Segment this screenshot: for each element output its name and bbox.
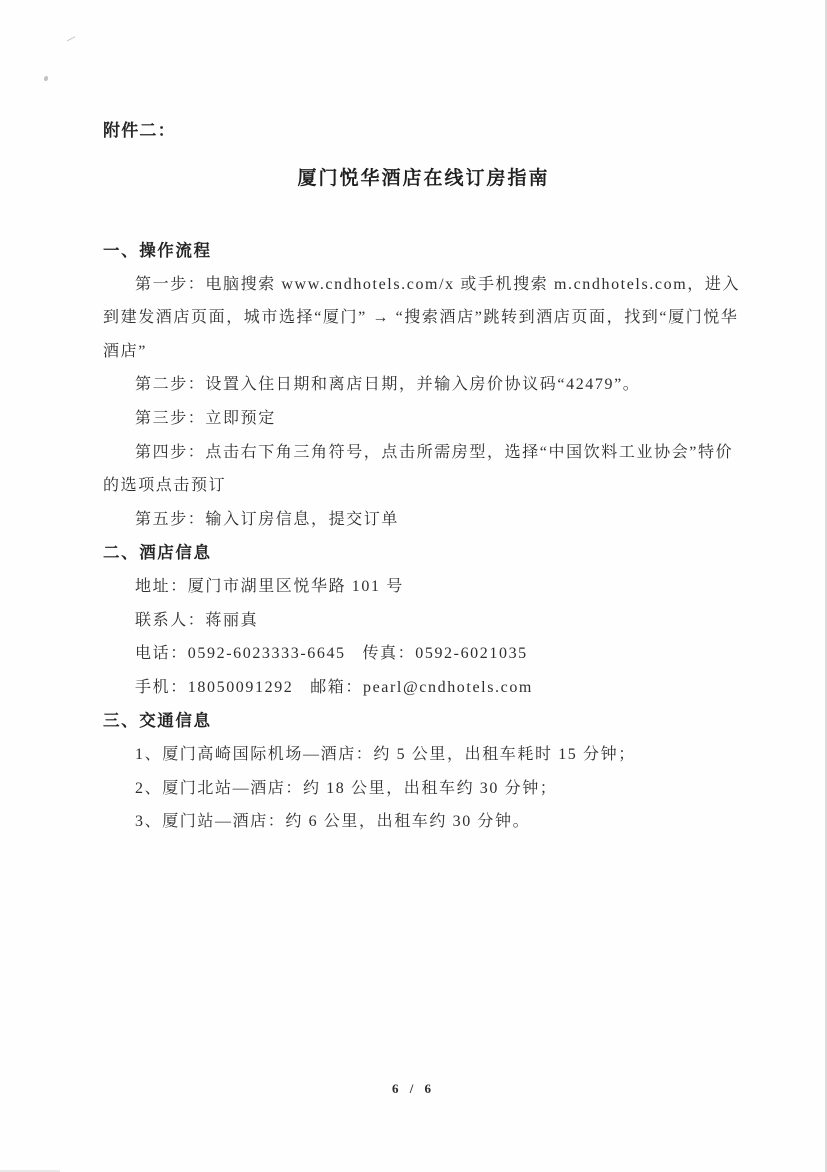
- page-number: 6 / 6: [0, 1081, 827, 1097]
- operation-step-4: 第四步：点击右下角三角符号，点击所需房型，选择“中国饮料工业协会”特价的选项点击…: [103, 436, 744, 503]
- scanned-document-page: 附件二： 厦门悦华酒店在线订房指南 一、操作流程 第一步：电脑搜索 www.cn…: [0, 0, 827, 1172]
- scan-speck-artifact: [44, 76, 48, 81]
- document-body: 一、操作流程 第一步：电脑搜索 www.cndhotels.com/x 或手机搜…: [103, 234, 744, 839]
- hotel-mobile-email-line: 手机：18050091292 邮箱：pearl@cndhotels.com: [103, 671, 744, 705]
- section-heading-operation-flow: 一、操作流程: [103, 234, 744, 268]
- document-title: 厦门悦华酒店在线订房指南: [103, 163, 744, 190]
- operation-step-5: 第五步：输入订房信息，提交订单: [103, 503, 744, 537]
- section-heading-traffic-info: 三、交通信息: [103, 704, 744, 738]
- section-heading-hotel-info: 二、酒店信息: [103, 536, 744, 570]
- traffic-item-airport: 1、厦门高崎国际机场—酒店：约 5 公里，出租车耗时 15 分钟；: [103, 738, 744, 772]
- operation-step-3: 第三步：立即预定: [103, 402, 744, 436]
- operation-step-2: 第二步：设置入住日期和离店日期，并输入房价协议码“42479”。: [103, 368, 744, 402]
- hotel-contact-line: 联系人：蒋丽真: [103, 604, 744, 638]
- traffic-item-north-station: 2、厦门北站—酒店：约 18 公里，出租车约 30 分钟；: [103, 772, 744, 806]
- document-content: 附件二： 厦门悦华酒店在线订房指南 一、操作流程 第一步：电脑搜索 www.cn…: [103, 116, 744, 839]
- operation-step-1: 第一步：电脑搜索 www.cndhotels.com/x 或手机搜索 m.cnd…: [103, 268, 744, 369]
- traffic-item-xiamen-station: 3、厦门站—酒店：约 6 公里，出租车约 30 分钟。: [103, 805, 744, 839]
- hotel-phone-fax-line: 电话：0592-6023333-6645 传真：0592-6021035: [103, 637, 744, 671]
- hotel-address-line: 地址：厦门市湖里区悦华路 101 号: [103, 570, 744, 604]
- scan-speck-artifact: [67, 36, 78, 46]
- attachment-label: 附件二：: [103, 116, 744, 141]
